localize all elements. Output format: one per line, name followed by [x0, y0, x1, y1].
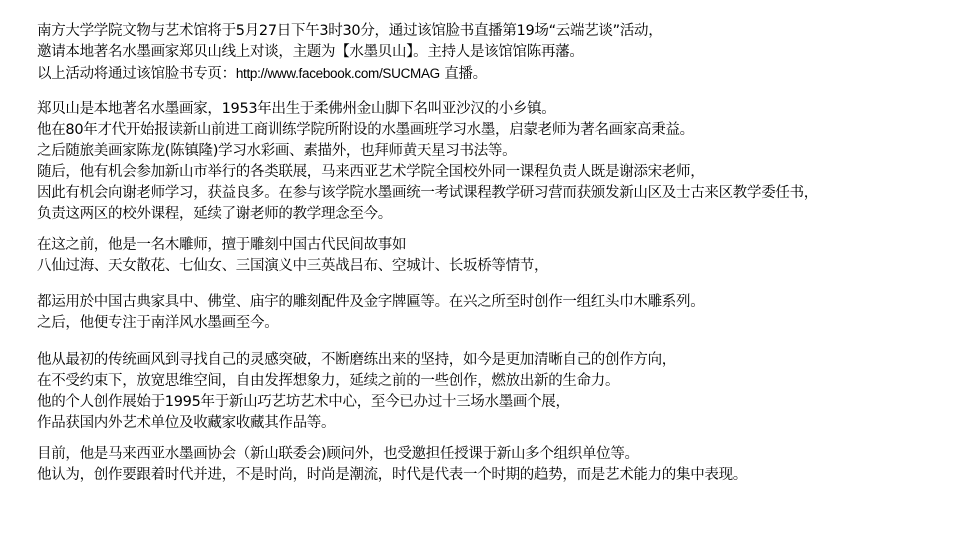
document-page: 南方大学学院文物与艺术馆将于5月27日下午3时30分，通过该馆脸书直播第19场“… — [0, 0, 960, 540]
text-line: 作品获国内外艺术单位及收藏家收藏其作品等。 — [37, 413, 676, 434]
paragraph-current-roles: 目前，他是马来西亚水墨画协会（新山联委会)顾问外，也受邀担任授课于新山多个组织单… — [37, 444, 747, 486]
text-line: 郑贝山是本地著名水墨画家，1953年出生于柔佛州金山脚下名叫亚沙汉的小乡镇。 — [37, 99, 818, 120]
text-line: 都运用於中国古典家具中、佛堂、庙宇的雕刻配件及金字牌匾等。在兴之所至时创作一组红… — [37, 292, 704, 313]
link-prefix: 以上活动将通过该馆脸书专页： — [37, 66, 236, 82]
text-line: 他从最初的传统画风到寻找自己的灵感突破，不断磨练出来的坚持，如今是更加清晰自己的… — [37, 350, 676, 371]
text-line: 因此有机会向谢老师学习，获益良多。在参与该学院水墨画统一考试课程教学研习营而获颁… — [37, 183, 818, 204]
text-line: 南方大学学院文物与艺术馆将于5月27日下午3时30分，通过该馆脸书直播第19场“… — [37, 21, 662, 42]
text-line: 之后随旅美画家陈龙(陈镇隆)学习水彩画、素描外，也拜师黄天星习书法等。 — [37, 141, 818, 162]
text-line: 他在80年才代开始报读新山前进工商训练学院所附设的水墨画班学习水墨，启蒙老师为著… — [37, 120, 818, 141]
link-suffix: 直播。 — [440, 66, 487, 82]
text-line: 在不受约束下，放宽思维空间，自由发挥想象力，延续之前的一些创作，燃放出新的生命力… — [37, 371, 676, 392]
text-line: 在这之前，他是一名木雕师，擅于雕刻中国古代民间故事如 — [37, 235, 548, 256]
paragraph-biography: 郑贝山是本地著名水墨画家，1953年出生于柔佛州金山脚下名叫亚沙汉的小乡镇。 他… — [37, 99, 818, 225]
paragraph-artistic-development: 他从最初的传统画风到寻找自己的灵感突破，不断磨练出来的坚持，如今是更加清晰自己的… — [37, 350, 676, 434]
text-line: 目前，他是马来西亚水墨画协会（新山联委会)顾问外，也受邀担任授课于新山多个组织单… — [37, 444, 747, 465]
paragraph-furniture-carving: 都运用於中国古典家具中、佛堂、庙宇的雕刻配件及金字牌匾等。在兴之所至时创作一组红… — [37, 292, 704, 334]
facebook-url-link[interactable]: http://www.facebook.com/SUCMAG — [236, 66, 440, 81]
text-line: 之后，他便专注于南洋风水墨画至今。 — [37, 313, 704, 334]
text-line: 他的个人创作展始于1995年于新山巧艺坊艺术中心，至今已办过十三场水墨画个展， — [37, 392, 676, 413]
text-line: 邀请本地著名水墨画家郑贝山线上对谈，主题为【水墨贝山】。主持人是该馆馆陈再藩。 — [37, 42, 662, 63]
text-line: 他认为，创作要跟着时代并进，不是时尚，时尚是潮流，时代是代表一个时期的趋势，而是… — [37, 465, 747, 486]
text-line: 随后，他有机会参加新山市举行的各类联展，马来西亚艺术学院全国校外同一课程负责人既… — [37, 162, 818, 183]
text-line: 八仙过海、天女散花、七仙女、三国演义中三英战吕布、空城计、长坂桥等情节， — [37, 256, 548, 277]
paragraph-event-announcement: 南方大学学院文物与艺术馆将于5月27日下午3时30分，通过该馆脸书直播第19场“… — [37, 21, 662, 84]
text-line: 负责这两区的校外课程，延续了谢老师的教学理念至今。 — [37, 204, 818, 225]
text-line-with-link: 以上活动将通过该馆脸书专页：http://www.facebook.com/SU… — [37, 63, 662, 84]
paragraph-woodcarving: 在这之前，他是一名木雕师，擅于雕刻中国古代民间故事如 八仙过海、天女散花、七仙女… — [37, 235, 548, 277]
